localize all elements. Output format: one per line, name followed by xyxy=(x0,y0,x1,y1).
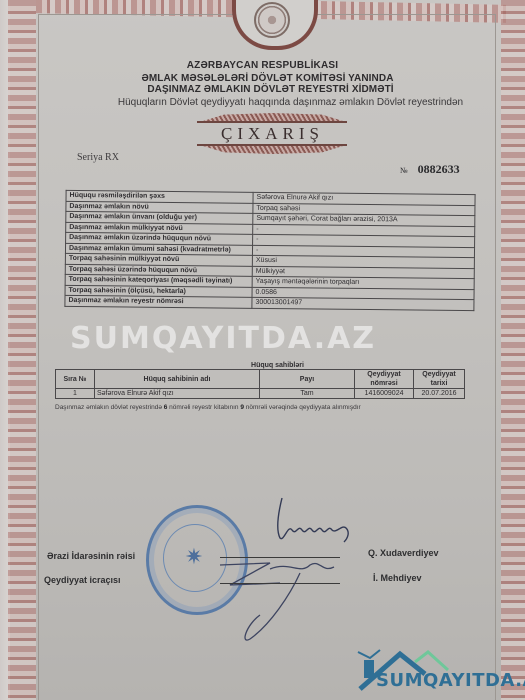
signature-line-chief xyxy=(220,557,340,558)
table-row: 1 Səfərova Elnurə Akif qızı Tam 14160090… xyxy=(56,389,465,399)
owners-table: Sıra № Hüquq sahibinin adı Payı Qeydiyya… xyxy=(55,369,465,399)
note-text-1: Daşınmaz əmlakın dövlət reyestrində xyxy=(55,404,164,411)
note-text-2: nömrəli reyestr kitabının xyxy=(167,404,240,411)
signature-chief-icon xyxy=(262,494,362,544)
signature-registrar-icon xyxy=(210,555,360,645)
ornament-band-bottom xyxy=(203,146,343,154)
registrar-label: Qeydiyyat icraçısı xyxy=(44,575,121,585)
header-committee: ƏMLAK MƏSƏLƏLƏRİ DÖVLƏT KOMİTƏSİ YANINDA xyxy=(5,73,525,84)
owners-header-row: Sıra № Hüquq sahibinin adı Payı Qeydiyya… xyxy=(56,370,465,389)
registrar-name: İ. Mehdiyev xyxy=(373,573,422,583)
ornament-band-top xyxy=(203,113,343,121)
title-rule-top xyxy=(197,121,347,123)
col-reg-date: Qeydiyyat tarixi xyxy=(414,370,465,389)
title-rule-bottom xyxy=(197,144,347,146)
header-subtitle: Hüquqların Dövlət qeydiyyatı haqqında da… xyxy=(28,97,525,108)
cell-owner-name: Səfərova Elnurə Akif qızı xyxy=(95,389,260,399)
document-number: № 0882633 xyxy=(400,160,460,178)
signature-line-registrar xyxy=(220,583,340,584)
chief-name: Q. Xudaverdiyev xyxy=(368,548,439,558)
col-owner-name: Hüquq sahibinin adı xyxy=(95,370,260,389)
note-text-3: nömrəli vərəqində qeydiyyata alınmışdır xyxy=(244,404,361,411)
col-reg-number: Qeydiyyat nömrəsi xyxy=(355,370,414,389)
property-info-table: Hüququ rəsmiləşdirilən şəxsSəfərova Elnu… xyxy=(64,190,475,311)
cell-order: 1 xyxy=(56,389,95,399)
state-emblem-icon xyxy=(254,2,290,38)
cell-reg-date: 20.07.2016 xyxy=(414,389,465,399)
watermark: SUMQAYITDA.AZ xyxy=(70,321,376,356)
site-logo-text: SUMQAYITDA.AZ xyxy=(376,670,525,691)
seal-star-icon: ✷ xyxy=(183,546,205,568)
chief-label: Ərazi İdarəsinin rəisi xyxy=(47,551,135,561)
col-order: Sıra № xyxy=(56,370,95,389)
cell-share: Tam xyxy=(260,389,355,399)
header-service: DAŞINMAZ ƏMLAKIN DÖVLƏT REYESTRİ XİDMƏTİ xyxy=(8,84,525,95)
registration-note: Daşınmaz əmlakın dövlət reyestrində 6 nö… xyxy=(55,404,361,411)
title-text: ÇIXARIŞ xyxy=(195,124,350,144)
owners-title: Hüquq sahibləri xyxy=(15,362,525,369)
document-title: ÇIXARIŞ xyxy=(195,113,350,157)
col-share: Payı xyxy=(260,370,355,389)
header-republic: AZƏRBAYCAN RESPUBLİKASI xyxy=(0,60,525,71)
cell-reg-number: 1416009024 xyxy=(355,389,414,399)
number-sign: № xyxy=(400,166,408,175)
series-label: Seriya RX xyxy=(77,152,119,163)
field-label: Daşınmaz əmlakın reyestr nömrəsi xyxy=(65,295,252,307)
number-value: 0882633 xyxy=(418,162,460,176)
field-value: 300013001497 xyxy=(252,297,474,310)
